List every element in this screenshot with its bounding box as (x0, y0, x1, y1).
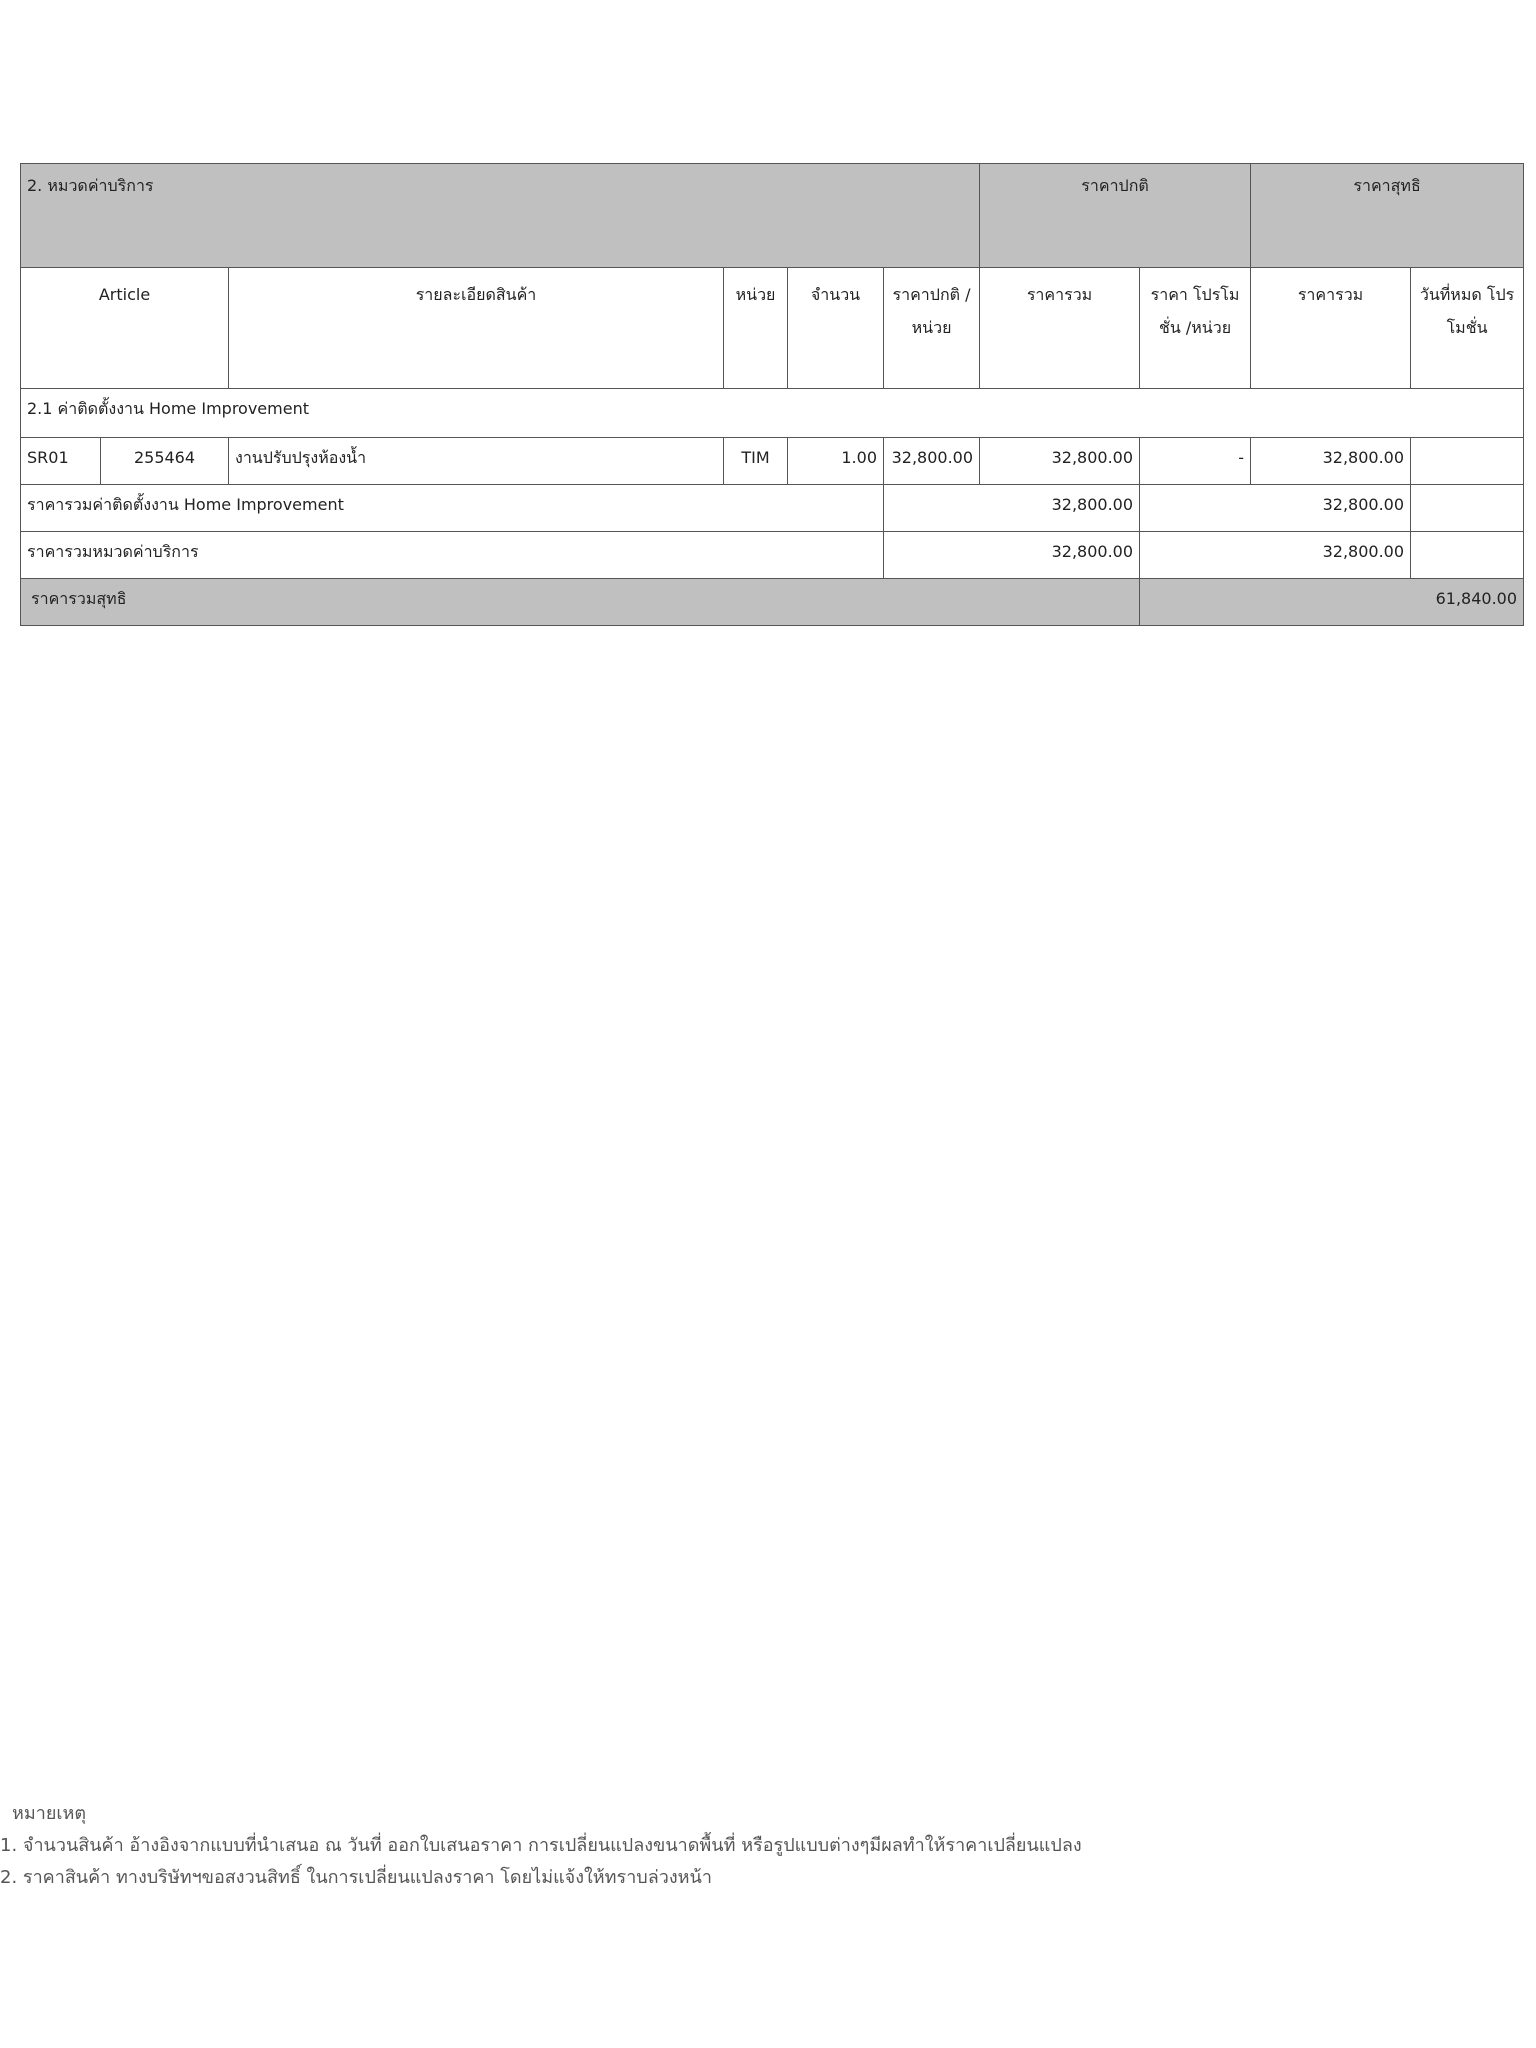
section-subtotal-row: ราคารวมค่าติดตั้งงาน Home Improvement 32… (21, 485, 1524, 532)
net-total-value: 61,840.00 (1140, 579, 1524, 626)
section-subtotal-empty (1411, 485, 1524, 532)
category-total-row: ราคารวมหมวดค่าบริการ 32,800.00 32,800.00 (21, 532, 1524, 579)
col-promo-unit-price: ราคา โปรโมชั่น /หน่วย (1140, 268, 1251, 389)
col-quantity: จำนวน (788, 268, 884, 389)
col-net-total: ราคารวม (1251, 268, 1411, 389)
category-total-empty (1411, 532, 1524, 579)
service-quote-table: 2. หมวดค่าบริการ ราคาปกติ ราคาปกติ ราคาส… (20, 163, 1524, 626)
category-header-band: 2. หมวดค่าบริการ ราคาปกติ ราคาปกติ ราคาส… (21, 164, 1524, 268)
item-promo-end-date (1411, 438, 1524, 485)
normal-price-group-label: ราคาปกติ (1081, 176, 1149, 195)
col-unit: หน่วย (724, 268, 788, 389)
net-price-group-label: ราคาสุทธิ (1353, 176, 1420, 195)
section-label: 2.1 ค่าติดตั้งงาน Home Improvement (21, 389, 1524, 438)
column-header-row: Article รายละเอียดสินค้า หน่วย จำนวน ราค… (21, 268, 1524, 389)
category-total-label: ราคารวมหมวดค่าบริการ (21, 532, 884, 579)
section-subtotal-normal: 32,800.00 (884, 485, 1140, 532)
net-total-label: ราคารวมสุทธิ (21, 579, 1140, 626)
item-promo-unit-price: - (1140, 438, 1251, 485)
col-normal-unit-price: ราคาปกติ /หน่วย (884, 268, 980, 389)
remarks-title: หมายเหตุ (0, 1798, 1082, 1830)
col-promo-end-date: วันที่หมด โปรโมชั่น (1411, 268, 1524, 389)
remarks: หมายเหตุ 1. จำนวนสินค้า อ้างอิงจากแบบที่… (0, 1798, 1082, 1894)
item-unit: TIM (724, 438, 788, 485)
item-quantity: 1.00 (788, 438, 884, 485)
col-description: รายละเอียดสินค้า (229, 268, 724, 389)
table-row: SR01 255464 งานปรับปรุงห้องน้ำ TIM 1.00 … (21, 438, 1524, 485)
col-article: Article (21, 268, 229, 389)
remark-line-1: 1. จำนวนสินค้า อ้างอิงจากแบบที่นำเสนอ ณ … (0, 1830, 1082, 1862)
item-code: SR01 (21, 438, 101, 485)
normal-price-group: ราคาปกติ (980, 164, 1251, 268)
net-price-group: ราคาสุทธิ (1251, 164, 1524, 268)
section-row: 2.1 ค่าติดตั้งงาน Home Improvement (21, 389, 1524, 438)
section-subtotal-net: 32,800.00 (1140, 485, 1411, 532)
category-title: 2. หมวดค่าบริการ (21, 164, 980, 268)
item-normal-total: 32,800.00 (980, 438, 1140, 485)
item-net-total: 32,800.00 (1251, 438, 1411, 485)
col-normal-total: ราคารวม (980, 268, 1140, 389)
section-subtotal-label: ราคารวมค่าติดตั้งงาน Home Improvement (21, 485, 884, 532)
category-total-normal: 32,800.00 (884, 532, 1140, 579)
item-description: งานปรับปรุงห้องน้ำ (229, 438, 724, 485)
item-article: 255464 (101, 438, 229, 485)
remark-line-2: 2. ราคาสินค้า ทางบริษัทฯขอสงวนสิทธิ์ ในก… (0, 1862, 1082, 1894)
net-total-row: ราคารวมสุทธิ 61,840.00 (21, 579, 1524, 626)
item-normal-unit-price: 32,800.00 (884, 438, 980, 485)
category-total-net: 32,800.00 (1140, 532, 1411, 579)
